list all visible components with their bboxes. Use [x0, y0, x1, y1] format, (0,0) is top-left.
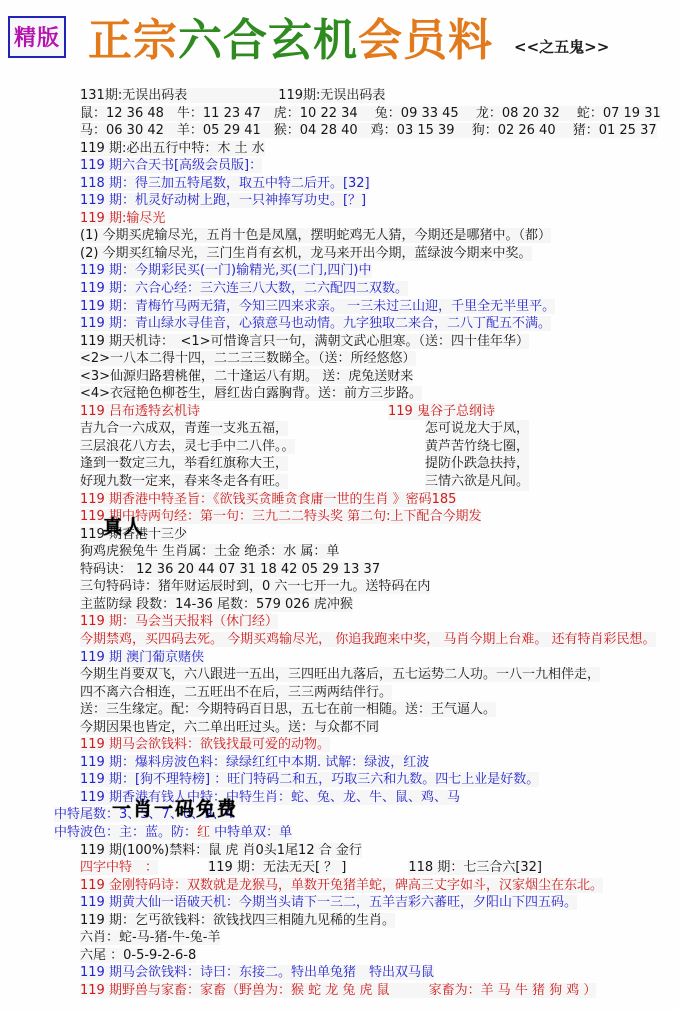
text-line: 118 期：得三加五特尾数，取五中特二后开。[32]	[80, 175, 675, 193]
lottery-tip-sheet: 精版 正宗六合玄机会员料 <<之五鬼>> 131期:无误出码表 119期:无误出…	[0, 0, 679, 1010]
right-column-text: 黄芦苦竹绕七圈，	[425, 438, 529, 456]
text-segment: 119 期(100%)禁料：鼠 虎 肖0头1尾12 合 金行	[80, 843, 362, 858]
text-segment: 119 期:输尽光	[80, 211, 165, 226]
text-segment: 今期生肖要双飞，六八跟进一五出，三四旺出九落后，五七运势二人功。一八一九相伴走，	[80, 667, 600, 682]
text-line: 131期:无误出码表 119期:无误出码表	[80, 87, 675, 105]
text-line: 119 期:输尽光	[80, 210, 675, 228]
right-column-text: 三情六欲是凡间。	[425, 473, 529, 491]
text-line: 119 期中特两句经：第一句：三九二二特头奖 第二句:上下配合今期发	[80, 508, 675, 526]
text-line: 119 期：青梅竹马两无猜，今知三四来求亲。 一三未过三山迎，千里全无半里平。	[80, 298, 675, 316]
text-segment: (2) 今期买红输尽光，三门生肖有玄机，龙马来开出今期，蓝绿波今期来中奖。	[80, 246, 532, 261]
text-line: <2>一八本二得十四，二二三三数睇全。（送：所经悠悠）	[80, 350, 675, 368]
text-segment: (1) 今期买虎输尽光，五肖十色是凤凰，摆明蛇鸡无人猜，今期还是哪猪中。（都）	[80, 228, 551, 243]
text-segment: 四不离六合相连，二五旺出不在后，三三两两结伴行。	[80, 685, 392, 700]
text-segment: 118 期：得三加五特尾数，取五中特二后开。[32]	[80, 176, 370, 191]
text-line: 119 期:必出五行中特：木 土 水	[80, 140, 675, 158]
text-segment: 119 期香港中特圣旨：《欲钱买贪睡贪食庸一世的生肖 》密码185	[80, 492, 456, 507]
edition-badge: 精版	[8, 16, 66, 58]
text-segment: <2>一八本二得十四，二二三三数睇全。（送：所经悠悠）	[80, 351, 416, 366]
text-line: 特码诀： 12 36 20 44 07 31 18 42 05 29 13 37	[80, 561, 675, 579]
text-segment: 主蓝防绿 段数：14-36 尾数：579 026 虎冲猴	[80, 597, 353, 612]
text-segment: 119 期：爆料房波色料：绿绿红红中本期. 试解：绿波，红波	[80, 755, 429, 770]
text-line: 119 期马会欲钱料：诗曰：东接二。特出单兔猪 特出双马鼠	[80, 964, 675, 982]
text-segment: 131期:无误出码表 119期:无误出码表	[80, 88, 385, 103]
text-segment: 119 期：六合心经：三六连三八大数，二六配四二双数。	[80, 281, 408, 296]
text-line: 今期禁鸡，买四码去死。 今期买鸡输尽光， 你追我跑来中奖， 马肖今期上台难。 还…	[80, 631, 675, 649]
text-line: 六肖：蛇-马-猪-牛-兔-羊	[80, 929, 675, 947]
text-line: 119 期：机灵好动树上跑，一只神捧写功史。[？]	[80, 192, 675, 210]
text-segment: 今期禁鸡，买四码去死。 今期买鸡输尽光， 你追我跑来中奖， 马肖今期上台难。 还…	[80, 632, 656, 647]
text-line: (1) 今期买虎输尽光，五肖十色是凤凰，摆明蛇鸡无人猜，今期还是哪猪中。（都）	[80, 227, 675, 245]
page-subtitle: <<之五鬼>>	[514, 36, 609, 57]
text-line: 中特尾数：3、5、7、0、9、4一肖一码免费	[54, 806, 675, 824]
text-line: 鼠：12 36 48 牛：11 23 47 虎：10 22 34 兔：09 33…	[80, 105, 675, 123]
text-segment: 马：06 30 42 羊：05 29 41 猴：04 28 40 鸡：03 15…	[80, 123, 657, 138]
text-segment: 119 期马会欲钱料：欲钱找最可爱的动物。	[80, 737, 330, 752]
text-segment: 118 期：七三合六[32]	[408, 860, 542, 875]
title-segment: 正宗	[88, 15, 178, 66]
text-line: 119 期香港中特圣旨：《欲钱买贪睡贪食庸一世的生肖 》密码185	[80, 491, 675, 509]
text-segment: 狗鸡虎猴兔牛 生肖属：土金 绝杀：水 属：单	[80, 544, 339, 559]
text-line: 狗鸡虎猴兔牛 生肖属：土金 绝杀：水 属：单	[80, 543, 675, 561]
right-column-text: 119 鬼谷子总纲诗	[388, 403, 495, 421]
text-segment: 六尾 ：0-5-9-2-6-8	[80, 948, 196, 963]
stamp-overlay-text: 一肖一码免费	[112, 801, 238, 819]
text-line: <4>衣冠艳色柳苍生，唇红齿白露胸背。送：前方三步路。	[80, 385, 675, 403]
text-segment: 119 期：青山绿水寻佳音，心猿意马也动情。九字独取二来合，二八丁配五不满。	[80, 316, 551, 331]
text-segment: 119 期：青梅竹马两无猜，今知三四来求亲。 一三未过三山迎，千里全无半里平。	[80, 299, 555, 314]
text-line: 119 金刚特码诗：双数就是龙猴马，单数开兔猪羊蛇，碑高三丈字如斗，汉家烟尘在东…	[80, 877, 675, 895]
text-line: 119 期(100%)禁料：鼠 虎 肖0头1尾12 合 金行	[80, 842, 675, 860]
text-line: 119 期六合天书[高级会员版]：	[80, 157, 675, 175]
text-segment: 今期因果也皆定，六二单出旺过头。送：与众都不同	[80, 720, 379, 735]
text-line: (2) 今期买红输尽光，三门生肖有玄机，龙马来开出今期，蓝绿波今期来中奖。	[80, 245, 675, 263]
text-line: 中特波色：主：蓝。防：红 中特单双：单	[54, 824, 675, 842]
text-segment: <4>衣冠艳色柳苍生，唇红齿白露胸背。送：前方三步路。	[80, 386, 422, 401]
text-line: 119 期马会欲钱料：欲钱找最可爱的动物。	[80, 736, 675, 754]
text-segment: 119 期黄大仙一语破天机：今期当头请下一三二，五羊吉彩六蕃旺，夕阳山下四五码。	[80, 895, 577, 910]
text-line: 四不离六合相连，二五旺出不在后，三三两两结伴行。	[80, 684, 675, 702]
text-line: 119 期：爆料房波色料：绿绿红红中本期. 试解：绿波，红波	[80, 754, 675, 772]
text-segment: 逢到一数定三九，举看红旗称大王，	[80, 456, 288, 471]
text-line: 119 吕布透特玄机诗119 鬼谷子总纲诗	[80, 403, 675, 421]
text-segment: 红	[197, 825, 210, 840]
text-segment: 119 期 澳门葡京赌侠	[80, 650, 204, 665]
text-segment: 中特单双：单	[210, 825, 292, 840]
text-segment: 三句特码诗：猪年财运辰时到，0 六一七开一九。送特码在内	[80, 579, 430, 594]
text-line: 119 期：[狗不理特榜] ：旺门特码二和五，巧取三六和九数。四七上业是好数。	[80, 771, 675, 789]
text-segment: 119 期马会欲钱料：诗曰：东接二。特出单兔猪 特出双马鼠	[80, 965, 434, 980]
text-line: 逢到一数定三九，举看红旗称大王，提防仆跌急扶持，	[80, 455, 675, 473]
text-segment: 特码诀： 12 36 20 44 07 31 18 42 05 29 13 37	[80, 562, 380, 577]
content-lines: 131期:无误出码表 119期:无误出码表鼠：12 36 48 牛：11 23 …	[80, 87, 675, 999]
text-segment: 119 期天机诗： <1>可惜谗言只一句，满朝文武心胆寒。（送：四十佳年华）	[80, 334, 529, 349]
text-segment: 三层浪花八方去，灵七手中二八伴。。	[80, 439, 295, 454]
text-segment: 119 吕布透特玄机诗	[80, 404, 200, 419]
title-segment: 六合玄机	[178, 15, 358, 66]
text-line: 119 期 澳门葡京赌侠	[80, 649, 675, 667]
text-segment: 119 期：乞丐欲钱料：欲钱找四三相随九见稀的生肖。	[80, 913, 395, 928]
text-line: 六尾 ：0-5-9-2-6-8	[80, 947, 675, 965]
text-segment: <3>仙源归路碧桃催，二十逢运八有期。 送：虎兔送财来	[80, 369, 413, 384]
text-segment: 119 期：机灵好动树上跑，一只神捧写功史。[？]	[80, 193, 366, 208]
text-segment: 119 期六合天书[高级会员版]：	[80, 158, 262, 173]
text-segment: 119 期：今期彩民买(一门)输精光,买(二门,四门)中	[80, 263, 372, 278]
text-line: 三句特码诗：猪年财运辰时到，0 六一七开一九。送特码在内	[80, 578, 675, 596]
text-segment: 中特波色：主：蓝。防：	[54, 825, 197, 840]
text-line: <3>仙源归路碧桃催，二十逢运八有期。 送：虎兔送财来	[80, 368, 675, 386]
text-line: 马：06 30 42 羊：05 29 41 猴：04 28 40 鸡：03 15…	[80, 122, 675, 140]
right-column-text: 怎可说龙大于凤，	[425, 420, 529, 438]
text-segment: 鼠：12 36 48 牛：11 23 47 虎：10 22 34 兔：09 33…	[80, 106, 661, 121]
text-line: 119 期野兽与家畜：家畜（野兽为：猴 蛇 龙 兔 虎 鼠 家畜为：羊 马 牛 …	[80, 982, 675, 1000]
page-title: 正宗六合玄机会员料	[88, 4, 493, 68]
text-segment: 119 期：马会当天报料（休门经）	[80, 614, 278, 629]
text-segment: 四字中特 ：	[80, 860, 158, 875]
text-line: 送：三生缘定。配：今期特码百日思，五七在前一相随。送：王气逼人。	[80, 701, 675, 719]
title-segment: 会员料	[358, 15, 493, 66]
text-segment: 送：三生缘定。配：今期特码百日思，五七在前一相随。送：王气逼人。	[80, 702, 496, 717]
text-segment: 119 期：无法无天[ ？ ]	[208, 860, 346, 875]
text-line: 四字中特 ：119 期：无法无天[ ？ ]118 期：七三合六[32]	[80, 859, 675, 877]
text-segment: 好现九数一定来，春来冬走各有旺。	[80, 474, 288, 489]
text-line: 吉九合一六成双，青莲一支兆五福，怎可说龙大于凤，	[80, 420, 675, 438]
text-line: 119 期：乞丐欲钱料：欲钱找四三相随九见稀的生肖。	[80, 912, 675, 930]
text-segment: 119 期野兽与家畜：家畜（野兽为：猴 蛇 龙 兔 虎 鼠 家畜为：羊 马 牛 …	[80, 983, 596, 998]
text-line: 今期生肖要双飞，六八跟进一五出，三四旺出九落后，五七运势二人功。一八一九相伴走，	[80, 666, 675, 684]
text-line: 今期因果也皆定，六二单出旺过头。送：与众都不同	[80, 719, 675, 737]
text-line: 119 期：青山绿水寻佳音，心猿意马也动情。九字独取二来合，二八丁配五不满。	[80, 315, 675, 333]
text-segment: 119 期：[狗不理特榜] ：旺门特码二和五，巧取三六和九数。四七上业是好数。	[80, 772, 539, 787]
text-line: 119 期：六合心经：三六连三八大数，二六配四二双数。	[80, 280, 675, 298]
text-line: 119 期：今期彩民买(一门)输精光,买(二门,四门)中	[80, 262, 675, 280]
text-segment: 吉九合一六成双，青莲一支兆五福，	[80, 421, 288, 436]
text-line: 主蓝防绿 段数：14-36 尾数：579 026 虎冲猴	[80, 596, 675, 614]
text-line: 好现九数一定来，春来冬走各有旺。三情六欲是凡间。	[80, 473, 675, 491]
text-line: 三层浪花八方去，灵七手中二八伴。。黄芦苦竹绕七圈，	[80, 438, 675, 456]
stamp-overlay-text: 真人	[103, 519, 145, 537]
text-line: 119 期香港十三少真人	[80, 526, 675, 544]
text-line: 119 期黄大仙一语破天机：今期当头请下一三二，五羊吉彩六蕃旺，夕阳山下四五码。	[80, 894, 675, 912]
text-segment: 119 期:必出五行中特：木 土 水	[80, 141, 265, 156]
right-column-text: 提防仆跌急扶持，	[425, 455, 529, 473]
text-segment: 六肖：蛇-马-猪-牛-兔-羊	[80, 930, 220, 945]
text-line: 119 期天机诗： <1>可惜谗言只一句，满朝文武心胆寒。（送：四十佳年华）	[80, 333, 675, 351]
text-segment: 119 金刚特码诗：双数就是龙猴马，单数开兔猪羊蛇，碑高三丈字如斗，汉家烟尘在东…	[80, 878, 603, 893]
text-line: 119 期：马会当天报料（休门经）	[80, 613, 675, 631]
